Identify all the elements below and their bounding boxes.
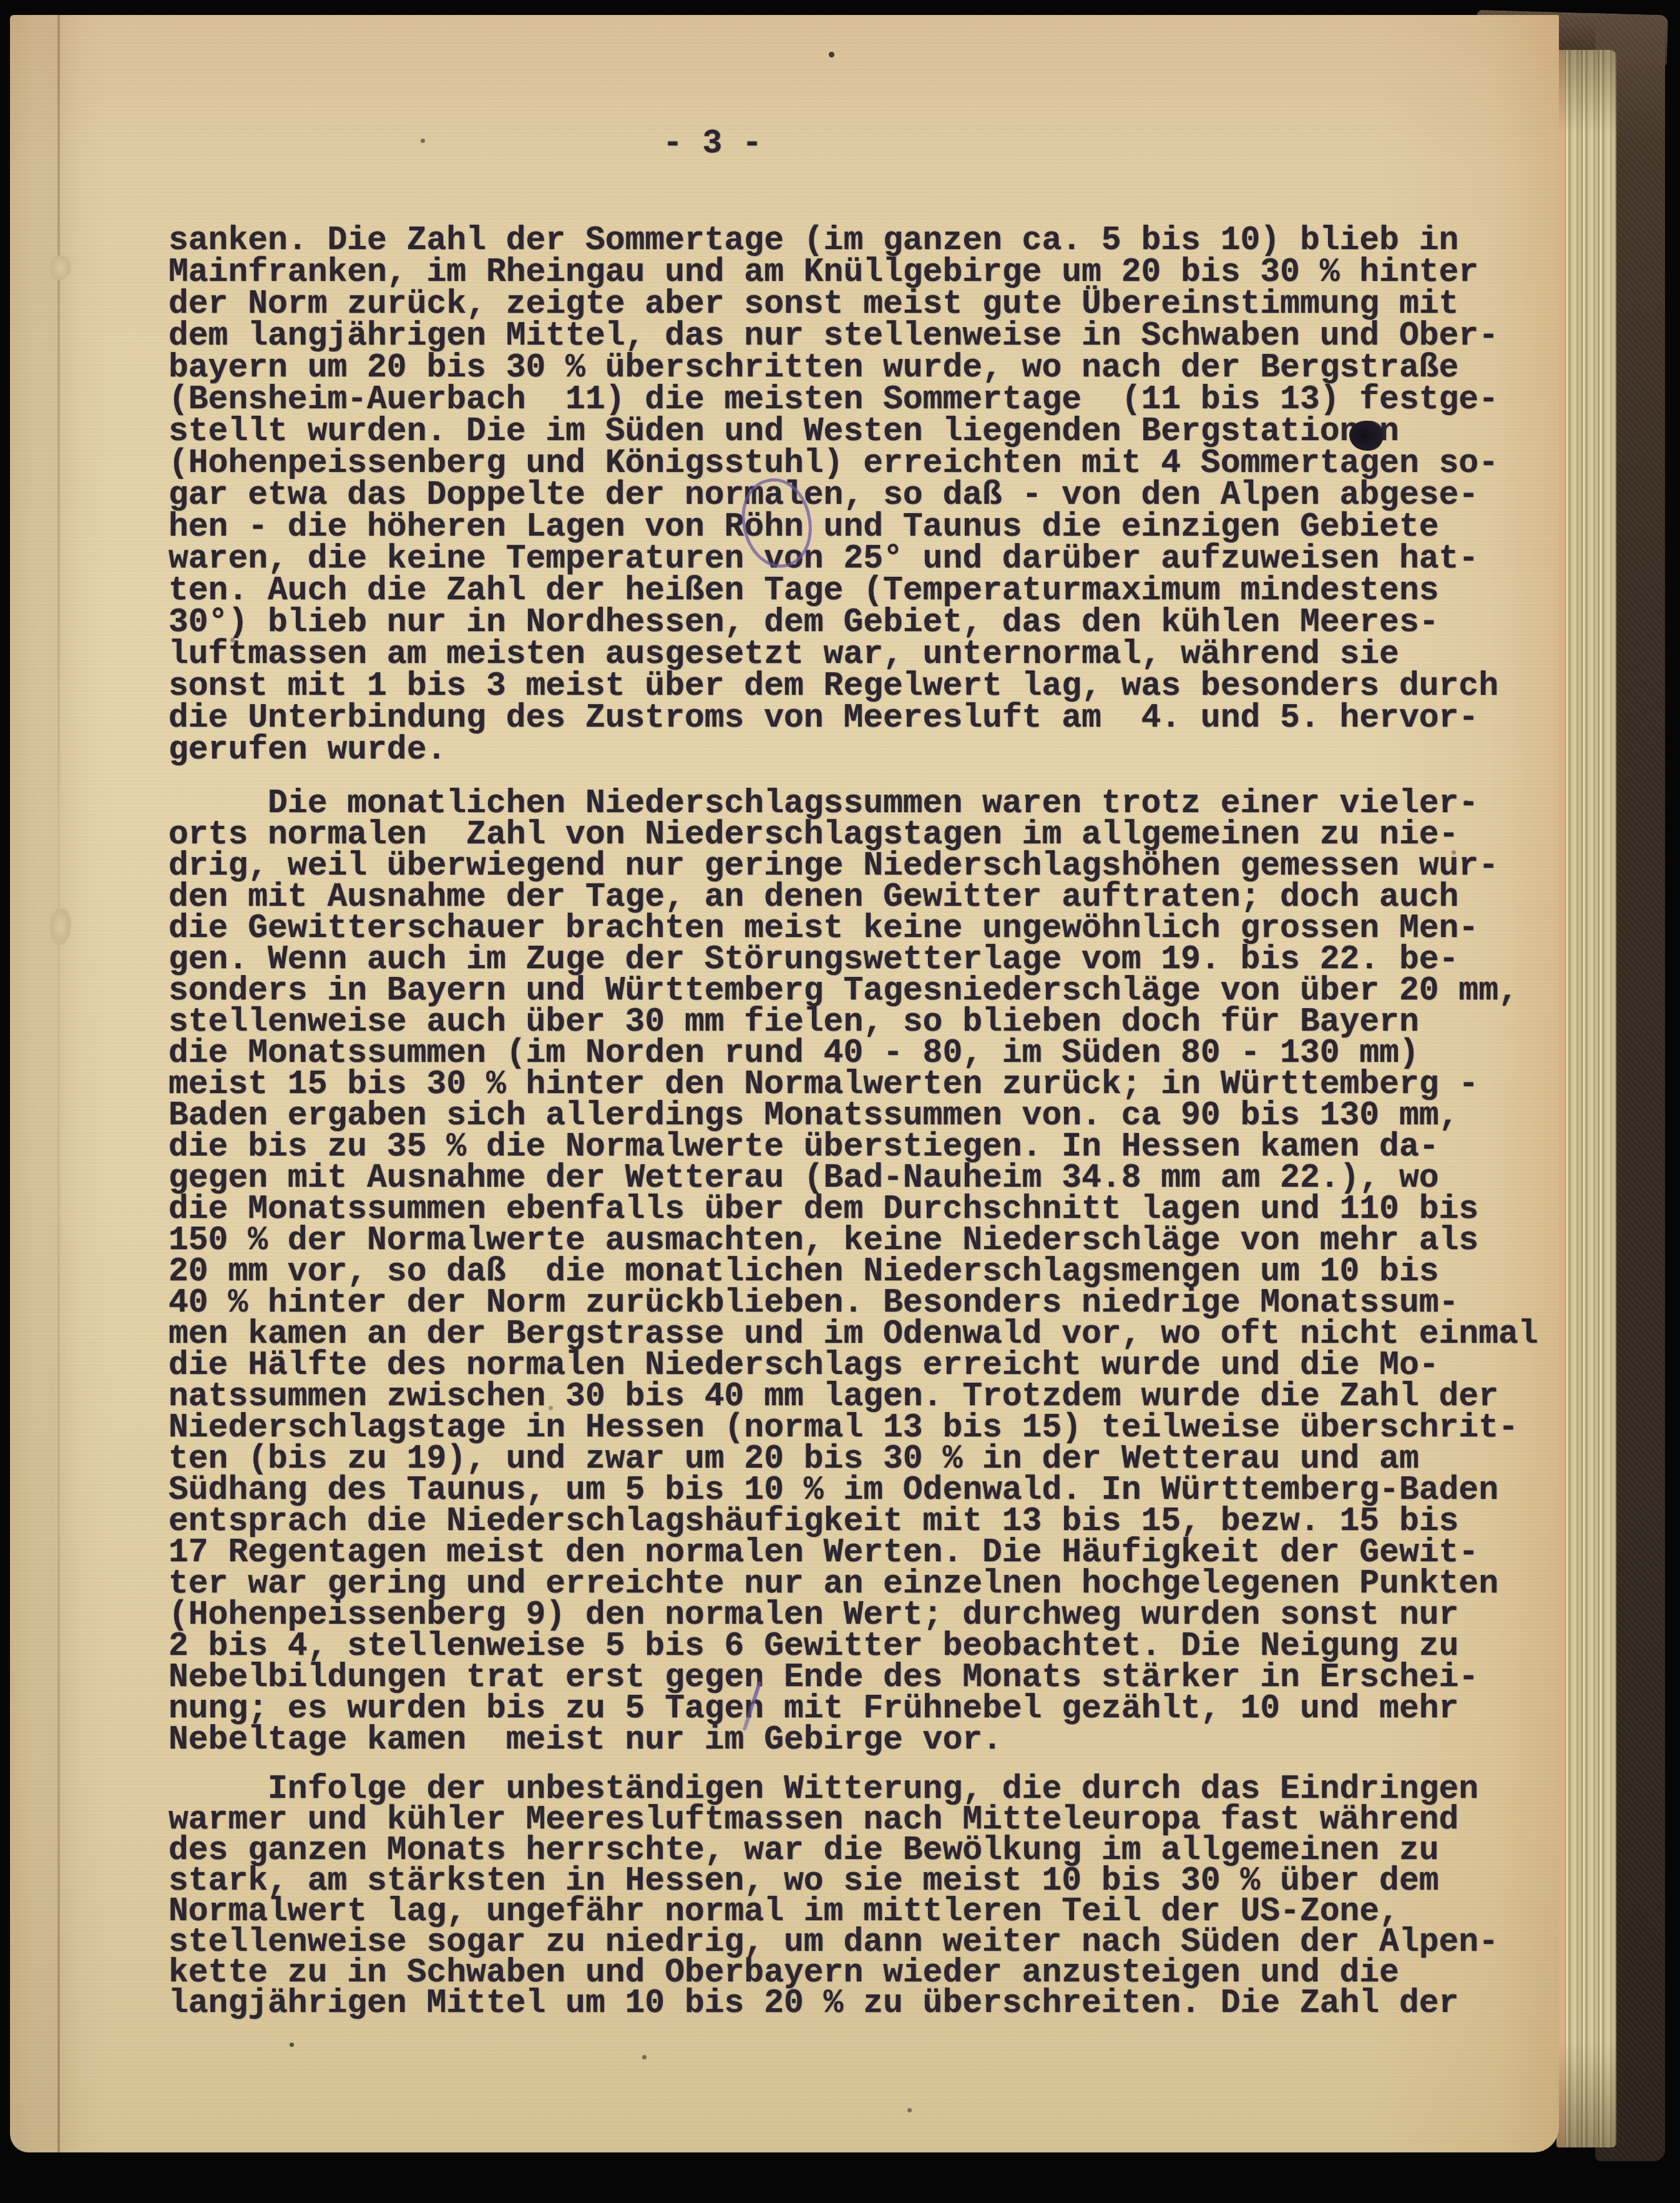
page-number: - 3 - xyxy=(663,125,762,162)
paragraph-niederschlag: Die monatlichen Niederschlagssummen ware… xyxy=(168,788,1538,1755)
paper-specks xyxy=(10,15,12,17)
document-page: - 3 - sanken. Die Zahl der Sommertage (i… xyxy=(10,15,1559,2152)
gutter-crease xyxy=(57,15,60,2152)
scanned-book-photo: { "document": { "page_number": "- 3 -", … xyxy=(0,0,1680,2203)
page-edge-stack xyxy=(1556,50,1616,2147)
ink-blot-mark xyxy=(1349,421,1383,451)
paragraph-sommertage: sanken. Die Zahl der Sommertage (im ganz… xyxy=(168,225,1498,766)
paragraph-bewoelkung: Infolge der unbeständigen Witterung, die… xyxy=(168,1774,1498,2019)
